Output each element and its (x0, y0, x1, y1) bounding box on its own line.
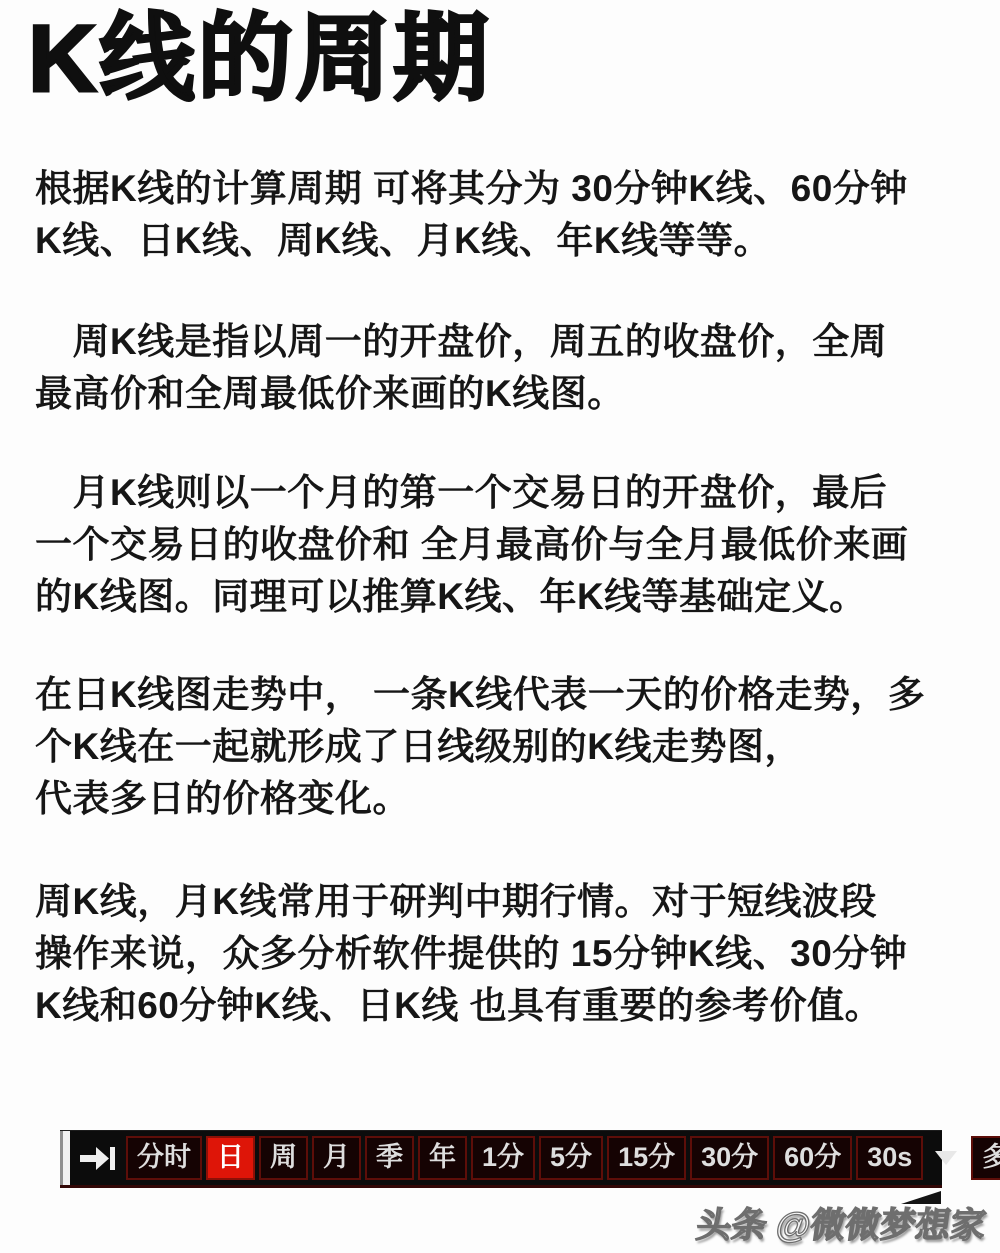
toolbar-left-edge (60, 1131, 70, 1185)
paragraph-monthly-kline: 月K线则以一个月的第一个交易日的开盘价，最后 一个交易日的收盘价和 全月最高价与… (35, 467, 983, 623)
period-button-30min[interactable]: 30分 (690, 1136, 769, 1179)
caret-down-icon[interactable] (935, 1151, 957, 1165)
period-button-1min[interactable]: 1分 (471, 1136, 535, 1179)
period-button-quarter[interactable]: 季 (365, 1136, 414, 1179)
page-title: K线的周期 (28, 0, 492, 118)
skip-to-latest-button[interactable] (70, 1145, 124, 1172)
page: K线的周期 根据K线的计算周期 可将其分为 30分钟K线、60分钟 K线、日K线… (0, 0, 1000, 1253)
paragraph-intro: 根据K线的计算周期 可将其分为 30分钟K线、60分钟 K线、日K线、周K线、月… (35, 163, 983, 267)
period-button-30s[interactable]: 30s (856, 1136, 923, 1179)
period-button-timeshare[interactable]: 分时 (126, 1136, 202, 1179)
period-button-15min[interactable]: 15分 (607, 1136, 686, 1179)
period-button-year[interactable]: 年 (418, 1136, 467, 1179)
paragraph-daily-kline: 在日K线图走势中， 一条K线代表一天的价格走势，多 个K线在一起就形成了日线级别… (35, 669, 983, 825)
period-button-week[interactable]: 周 (259, 1136, 308, 1179)
period-toolbar: 分时 日 周 月 季 年 1分 5分 15分 30分 60分 30s 多周期 (60, 1130, 942, 1188)
period-button-month[interactable]: 月 (312, 1136, 361, 1179)
arrow-to-bar-icon (80, 1145, 116, 1172)
paragraph-usage: 周K线，月K线常用于研判中期行情。对于短线波段 操作来说，众多分析软件提供的 1… (35, 876, 983, 1032)
period-button-60min[interactable]: 60分 (773, 1136, 852, 1179)
period-button-5min[interactable]: 5分 (539, 1136, 603, 1179)
watermark: 头条 @微微梦想家 (694, 1198, 990, 1248)
period-button-multi-period[interactable]: 多周期 (971, 1136, 1000, 1179)
paragraph-weekly-kline: 周K线是指以周一的开盘价，周五的收盘价，全周 最高价和全周最低价来画的K线图。 (35, 316, 983, 420)
period-button-day[interactable]: 日 (206, 1136, 255, 1179)
